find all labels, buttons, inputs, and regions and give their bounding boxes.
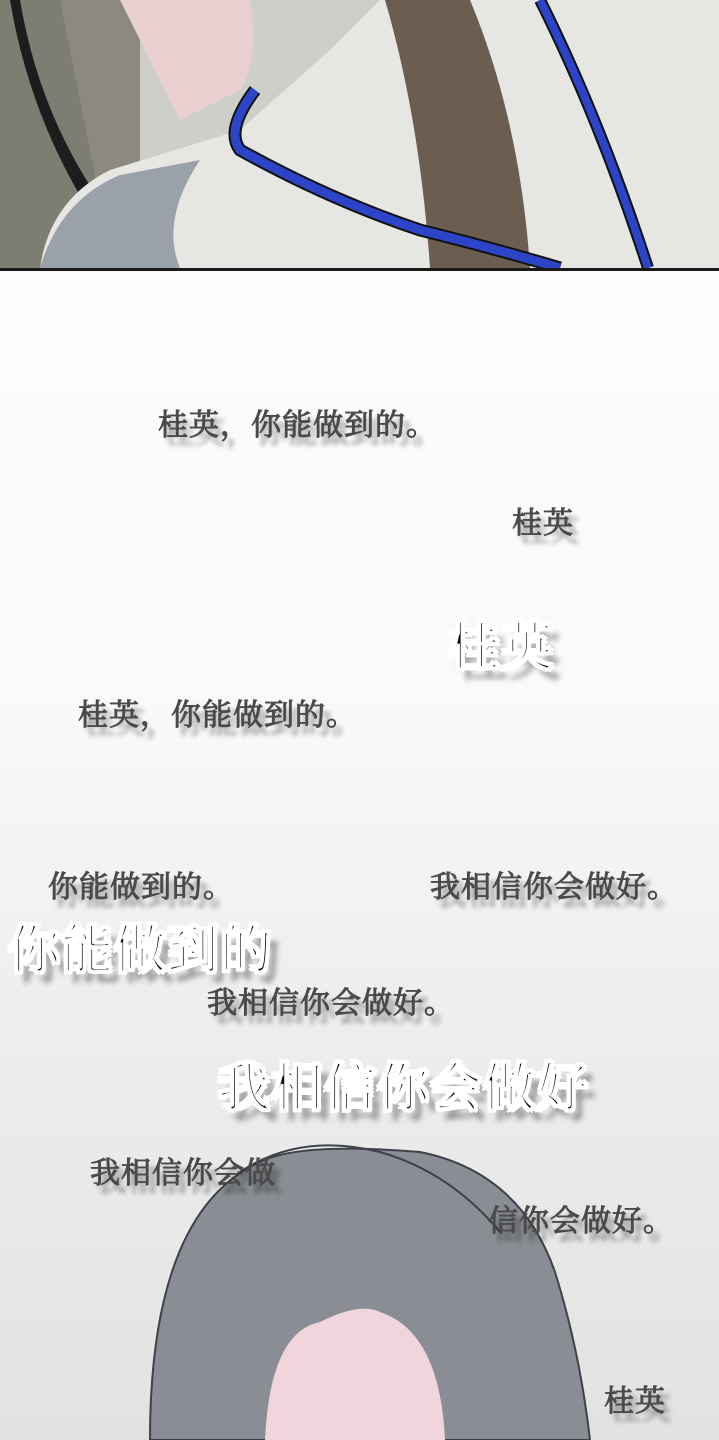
- neck-shoulder-illustration: [0, 0, 719, 268]
- sfx-text-9: 我相信你会做好: [218, 1046, 589, 1121]
- sfx-text-5: 你能做到的。: [48, 862, 234, 906]
- comic-panel-bottom: [0, 272, 719, 1440]
- comic-panel-top: [0, 0, 719, 271]
- sfx-text-3: 桂英: [448, 605, 554, 680]
- sfx-text-2: 桂英: [512, 498, 574, 542]
- sfx-text-1: 桂英，你能做到的。: [158, 400, 437, 444]
- sfx-text-11: 信你会做好。: [488, 1196, 674, 1240]
- sfx-text-12: 桂英: [604, 1376, 666, 1420]
- sfx-text-8: 我相信你会做好。: [207, 978, 455, 1022]
- girl-head-illustration: [0, 272, 719, 1440]
- sfx-text-10: 我相信你会做: [90, 1148, 276, 1192]
- sfx-text-4: 桂英，你能做到的。: [78, 690, 357, 734]
- sfx-text-6: 我相信你会做好。: [430, 862, 678, 906]
- sfx-text-7: 你能做到的: [8, 908, 273, 983]
